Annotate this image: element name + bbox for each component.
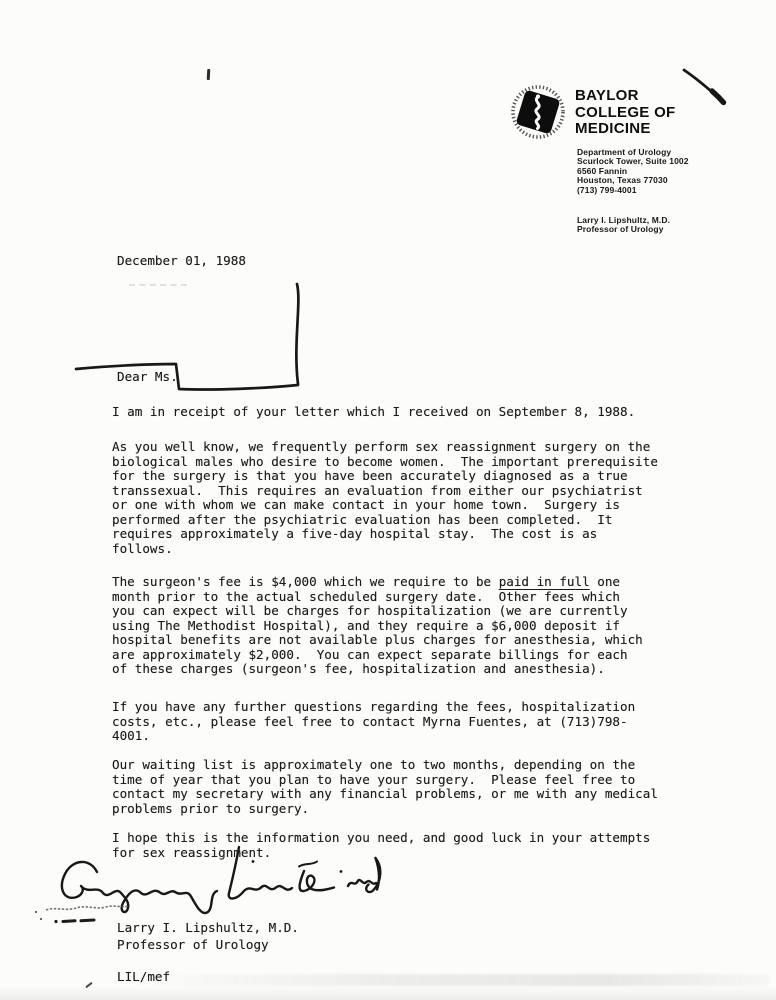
pen-tick-mark-bottom [85, 982, 93, 989]
signature-name: Larry I. Lipshultz, M.D. [117, 921, 299, 936]
salutation: Dear Ms. [117, 370, 178, 385]
letterhead: BAYLOR COLLEGE OF MEDICINE Department of… [0, 0, 776, 240]
body-paragraph-2: As you well know, we frequently perform … [112, 440, 712, 556]
letterhead-address: Department of Urology Scurlock Tower, Su… [577, 148, 689, 195]
pen-stroke-icon [675, 60, 735, 110]
baylor-seal-icon [508, 84, 568, 142]
paragraph-3-rest: one month prior to the actual scheduled … [112, 574, 643, 676]
paragraph-3-lead: The surgeon's fee is $4,000 which we req… [112, 574, 499, 589]
body-paragraph-5: Our waiting list is approximately one to… [112, 758, 712, 816]
signature-title: Professor of Urology [117, 938, 269, 953]
underlined-phrase: paid in full [499, 574, 590, 589]
body-paragraph-4: If you have any further questions regard… [112, 700, 712, 744]
body-paragraph-3: The surgeon's fee is $4,000 which we req… [112, 575, 712, 677]
scanned-letter-page: BAYLOR COLLEGE OF MEDICINE Department of… [0, 0, 776, 1000]
letterhead-contact: Larry I. Lipshultz, M.D. Professor of Ur… [577, 216, 670, 235]
letter-date: December 01, 1988 [117, 254, 246, 269]
pen-tick-mark [207, 69, 210, 80]
body-paragraph-1: I am in receipt of your letter which I r… [112, 405, 712, 420]
redaction-pen-lines-icon [55, 275, 317, 400]
organization-name: BAYLOR COLLEGE OF MEDICINE [575, 88, 676, 138]
scanner-noise-streak [130, 974, 770, 986]
